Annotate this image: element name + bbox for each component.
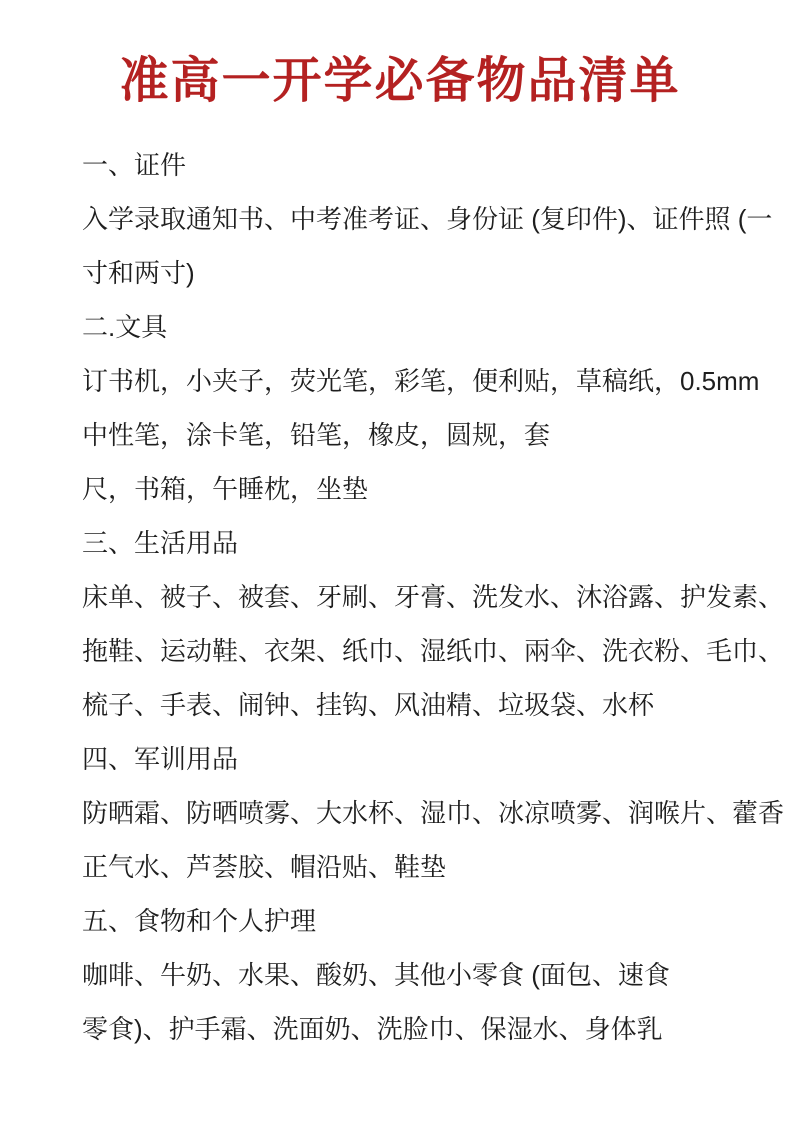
- content-line: 订书机，小夹子，荧光笔，彩笔，便利贴，草稿纸，0.5mm: [82, 354, 770, 408]
- content-line: 防晒霜、防晒喷雾、大水杯、湿巾、冰凉喷雾、润喉片、藿香: [82, 786, 770, 840]
- content-line: 零食)、护手霜、洗面奶、洗脸巾、保湿水、身体乳: [82, 1002, 770, 1056]
- content-line: 尺，书箱，午睡枕，坐垫: [82, 462, 770, 516]
- section-4: 四、军训用品防晒霜、防晒喷雾、大水杯、湿巾、冰凉喷雾、润喉片、藿香正气水、芦荟胶…: [82, 732, 770, 894]
- section-3-heading: 三、生活用品: [82, 516, 770, 570]
- content-line: 床单、被子、被套、牙刷、牙膏、洗发水、沐浴露、护发素、: [82, 570, 770, 624]
- section-2-heading: 二.文具: [82, 300, 770, 354]
- content-line: 寸和两寸): [82, 246, 770, 300]
- content-line: 中性笔，涂卡笔，铅笔，橡皮，圆规，套: [82, 408, 770, 462]
- section-5-heading: 五、食物和个人护理: [82, 894, 770, 948]
- content-line: 咖啡、牛奶、水果、酸奶、其他小零食 (面包、速食: [82, 948, 770, 1002]
- section-1-heading: 一、证件: [82, 138, 770, 192]
- content-line: 拖鞋、运动鞋、衣架、纸巾、湿纸巾、兩伞、洗衣粉、毛巾、: [82, 624, 770, 678]
- document-title: 准高一开学必备物品清单: [0, 0, 800, 110]
- document-page: 准高一开学必备物品清单 一、证件入学录取通知书、中考准考证、身份证 (复印件)、…: [0, 0, 800, 1131]
- content-line: 入学录取通知书、中考准考证、身份证 (复印件)、证件照 (一: [82, 192, 770, 246]
- document-body: 一、证件入学录取通知书、中考准考证、身份证 (复印件)、证件照 (一寸和两寸)二…: [82, 138, 770, 1056]
- section-2: 二.文具订书机，小夹子，荧光笔，彩笔，便利贴，草稿纸，0.5mm中性笔，涂卡笔，…: [82, 300, 770, 516]
- section-5: 五、食物和个人护理咖啡、牛奶、水果、酸奶、其他小零食 (面包、速食零食)、护手霜…: [82, 894, 770, 1056]
- section-1: 一、证件入学录取通知书、中考准考证、身份证 (复印件)、证件照 (一寸和两寸): [82, 138, 770, 300]
- section-3: 三、生活用品床单、被子、被套、牙刷、牙膏、洗发水、沐浴露、护发素、拖鞋、运动鞋、…: [82, 516, 770, 732]
- content-line: 正气水、芦荟胶、帽沿贴、鞋垫: [82, 840, 770, 894]
- section-4-heading: 四、军训用品: [82, 732, 770, 786]
- content-line: 梳子、手表、闹钟、挂钩、风油精、垃圾袋、水杯: [82, 678, 770, 732]
